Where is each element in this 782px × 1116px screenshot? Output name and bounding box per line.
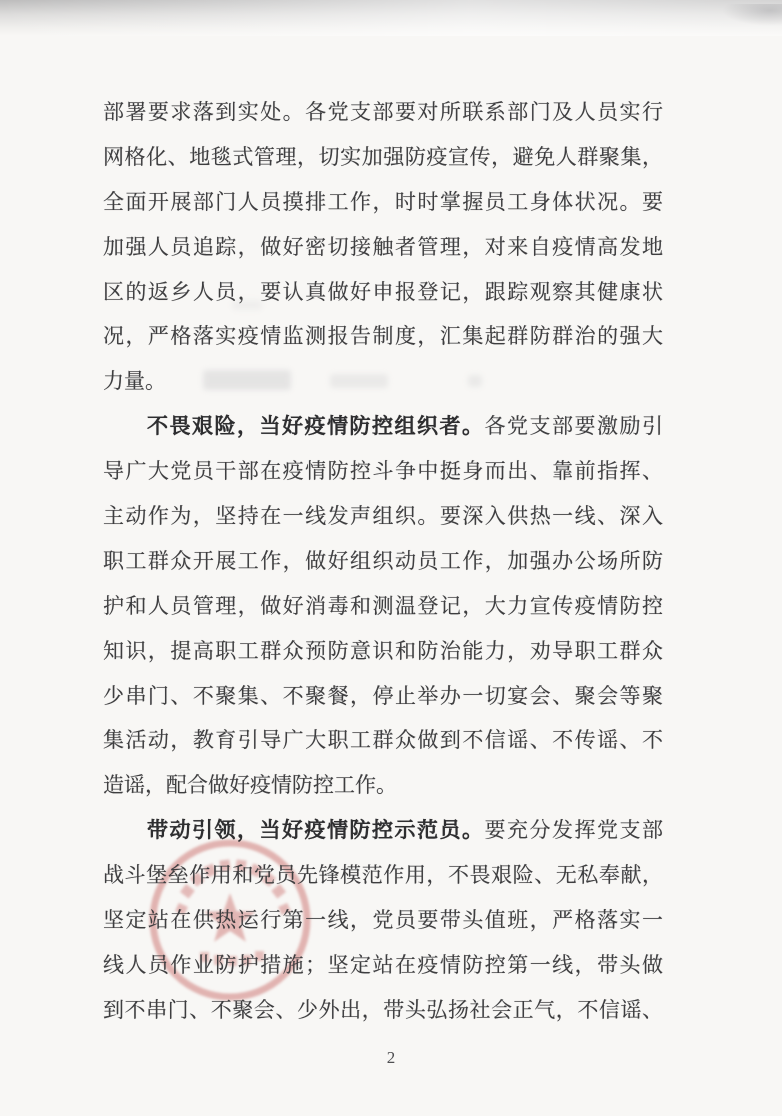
text-line: 战斗堡垒作用和党员先锋模范作用，不畏艰险、无私奉献，: [103, 853, 663, 898]
text-line: 造谣，配合做好疫情防控工作。: [103, 763, 663, 808]
text-line-content: 少串门、不聚集、不聚餐，停止举办一切宴会、聚会等聚: [103, 684, 663, 708]
text-line: 知识，提高职工群众预防意识和防治能力，劝导职工群众: [103, 629, 663, 674]
text-line: 线人员作业防护措施；坚定站在疫情防控第一线，带头做: [103, 943, 663, 988]
text-line: 加强人员追踪，做好密切接触者管理，对来自疫情高发地: [103, 225, 663, 270]
text-line-content: 主动作为，坚持在一线发声组织。要深入供热一线、深入: [103, 504, 663, 528]
text-line-content: 力量。: [103, 369, 166, 393]
text-line-content: 要充分发挥党支部: [485, 818, 664, 842]
text-line: 导广大党员干部在疫情防控斗争中挺身而出、靠前指挥、: [103, 449, 663, 494]
page-number: 2: [0, 1048, 782, 1068]
text-line-content: 加强人员追踪，做好密切接触者管理，对来自疫情高发地: [103, 235, 663, 259]
text-line: 到不串门、不聚会、少外出，带头弘扬社会正气，不信谣、: [103, 988, 663, 1033]
scan-edge-shadow: [0, 0, 782, 36]
text-line: 少串门、不聚集、不聚餐，停止举办一切宴会、聚会等聚: [103, 674, 663, 719]
text-line-content: 全面开展部门人员摸排工作，时时掌握员工身体状况。要: [103, 190, 663, 214]
text-line-content: 线人员作业防护措施；坚定站在疫情防控第一线，带头做: [103, 953, 663, 977]
text-line-bold-lead: 带动引领，当好疫情防控示范员。: [147, 819, 485, 842]
text-line-content: 护和人员管理，做好消毒和测温登记，大力宣传疫情防控: [103, 594, 663, 618]
text-line-content: 区的返乡人员，要认真做好申报登记，跟踪观察其健康状: [103, 280, 663, 304]
text-line: 况，严格落实疫情监测报告制度，汇集起群防群治的强大: [103, 314, 663, 359]
text-line-content: 到不串门、不聚会、少外出，带头弘扬社会正气，不信谣、: [103, 998, 663, 1022]
text-line-content: 集活动，教育引导广大职工群众做到不信谣、不传谣、不: [103, 728, 663, 752]
text-line-content: 坚定站在供热运行第一线，党员要带头值班，严格落实一: [103, 908, 663, 932]
text-line-content: 况，严格落实疫情监测报告制度，汇集起群防群治的强大: [103, 324, 663, 348]
text-line: 部署要求落到实处。各党支部要对所联系部门及人员实行: [103, 90, 663, 135]
text-line-content: 职工群众开展工作，做好组织动员工作，加强办公场所防: [103, 549, 663, 573]
document-body-text: 部署要求落到实处。各党支部要对所联系部门及人员实行 网格化、地毯式管理，切实加强…: [103, 90, 663, 1033]
text-line: 职工群众开展工作，做好组织动员工作，加强办公场所防: [103, 539, 663, 584]
text-line: 力量。: [103, 359, 663, 404]
text-line-content: 知识，提高职工群众预防意识和防治能力，劝导职工群众: [103, 639, 663, 663]
text-line: 主动作为，坚持在一线发声组织。要深入供热一线、深入: [103, 494, 663, 539]
text-line: 护和人员管理，做好消毒和测温登记，大力宣传疫情防控: [103, 584, 663, 629]
text-line-content: 战斗堡垒作用和党员先锋模范作用，不畏艰险、无私奉献，: [103, 863, 663, 887]
text-line: 网格化、地毯式管理，切实加强防疫宣传，避免人群聚集，: [103, 135, 663, 180]
text-line: 集活动，教育引导广大职工群众做到不信谣、不传谣、不: [103, 718, 663, 763]
text-line-content: 网格化、地毯式管理，切实加强防疫宣传，避免人群聚集，: [103, 145, 663, 169]
text-line-bold-lead: 不畏艰险，当好疫情防控组织者。: [147, 415, 485, 438]
text-line: 区的返乡人员，要认真做好申报登记，跟踪观察其健康状: [103, 270, 663, 315]
text-line: 全面开展部门人员摸排工作，时时掌握员工身体状况。要: [103, 180, 663, 225]
text-line-content: 导广大党员干部在疫情防控斗争中挺身而出、靠前指挥、: [103, 459, 663, 483]
text-line: 不畏艰险，当好疫情防控组织者。各党支部要激励引: [103, 404, 663, 449]
text-line-content: 造谣，配合做好疫情防控工作。: [103, 773, 397, 797]
text-line: 坚定站在供热运行第一线，党员要带头值班，严格落实一: [103, 898, 663, 943]
text-line-content: 部署要求落到实处。各党支部要对所联系部门及人员实行: [103, 100, 663, 124]
scanned-document-page: { "page": { "number": "2", "paper_color"…: [0, 0, 782, 1116]
text-line: 带动引领，当好疫情防控示范员。要充分发挥党支部: [103, 808, 663, 853]
text-line-content: 各党支部要激励引: [485, 414, 664, 438]
scan-corner-shadow: [722, 4, 782, 26]
